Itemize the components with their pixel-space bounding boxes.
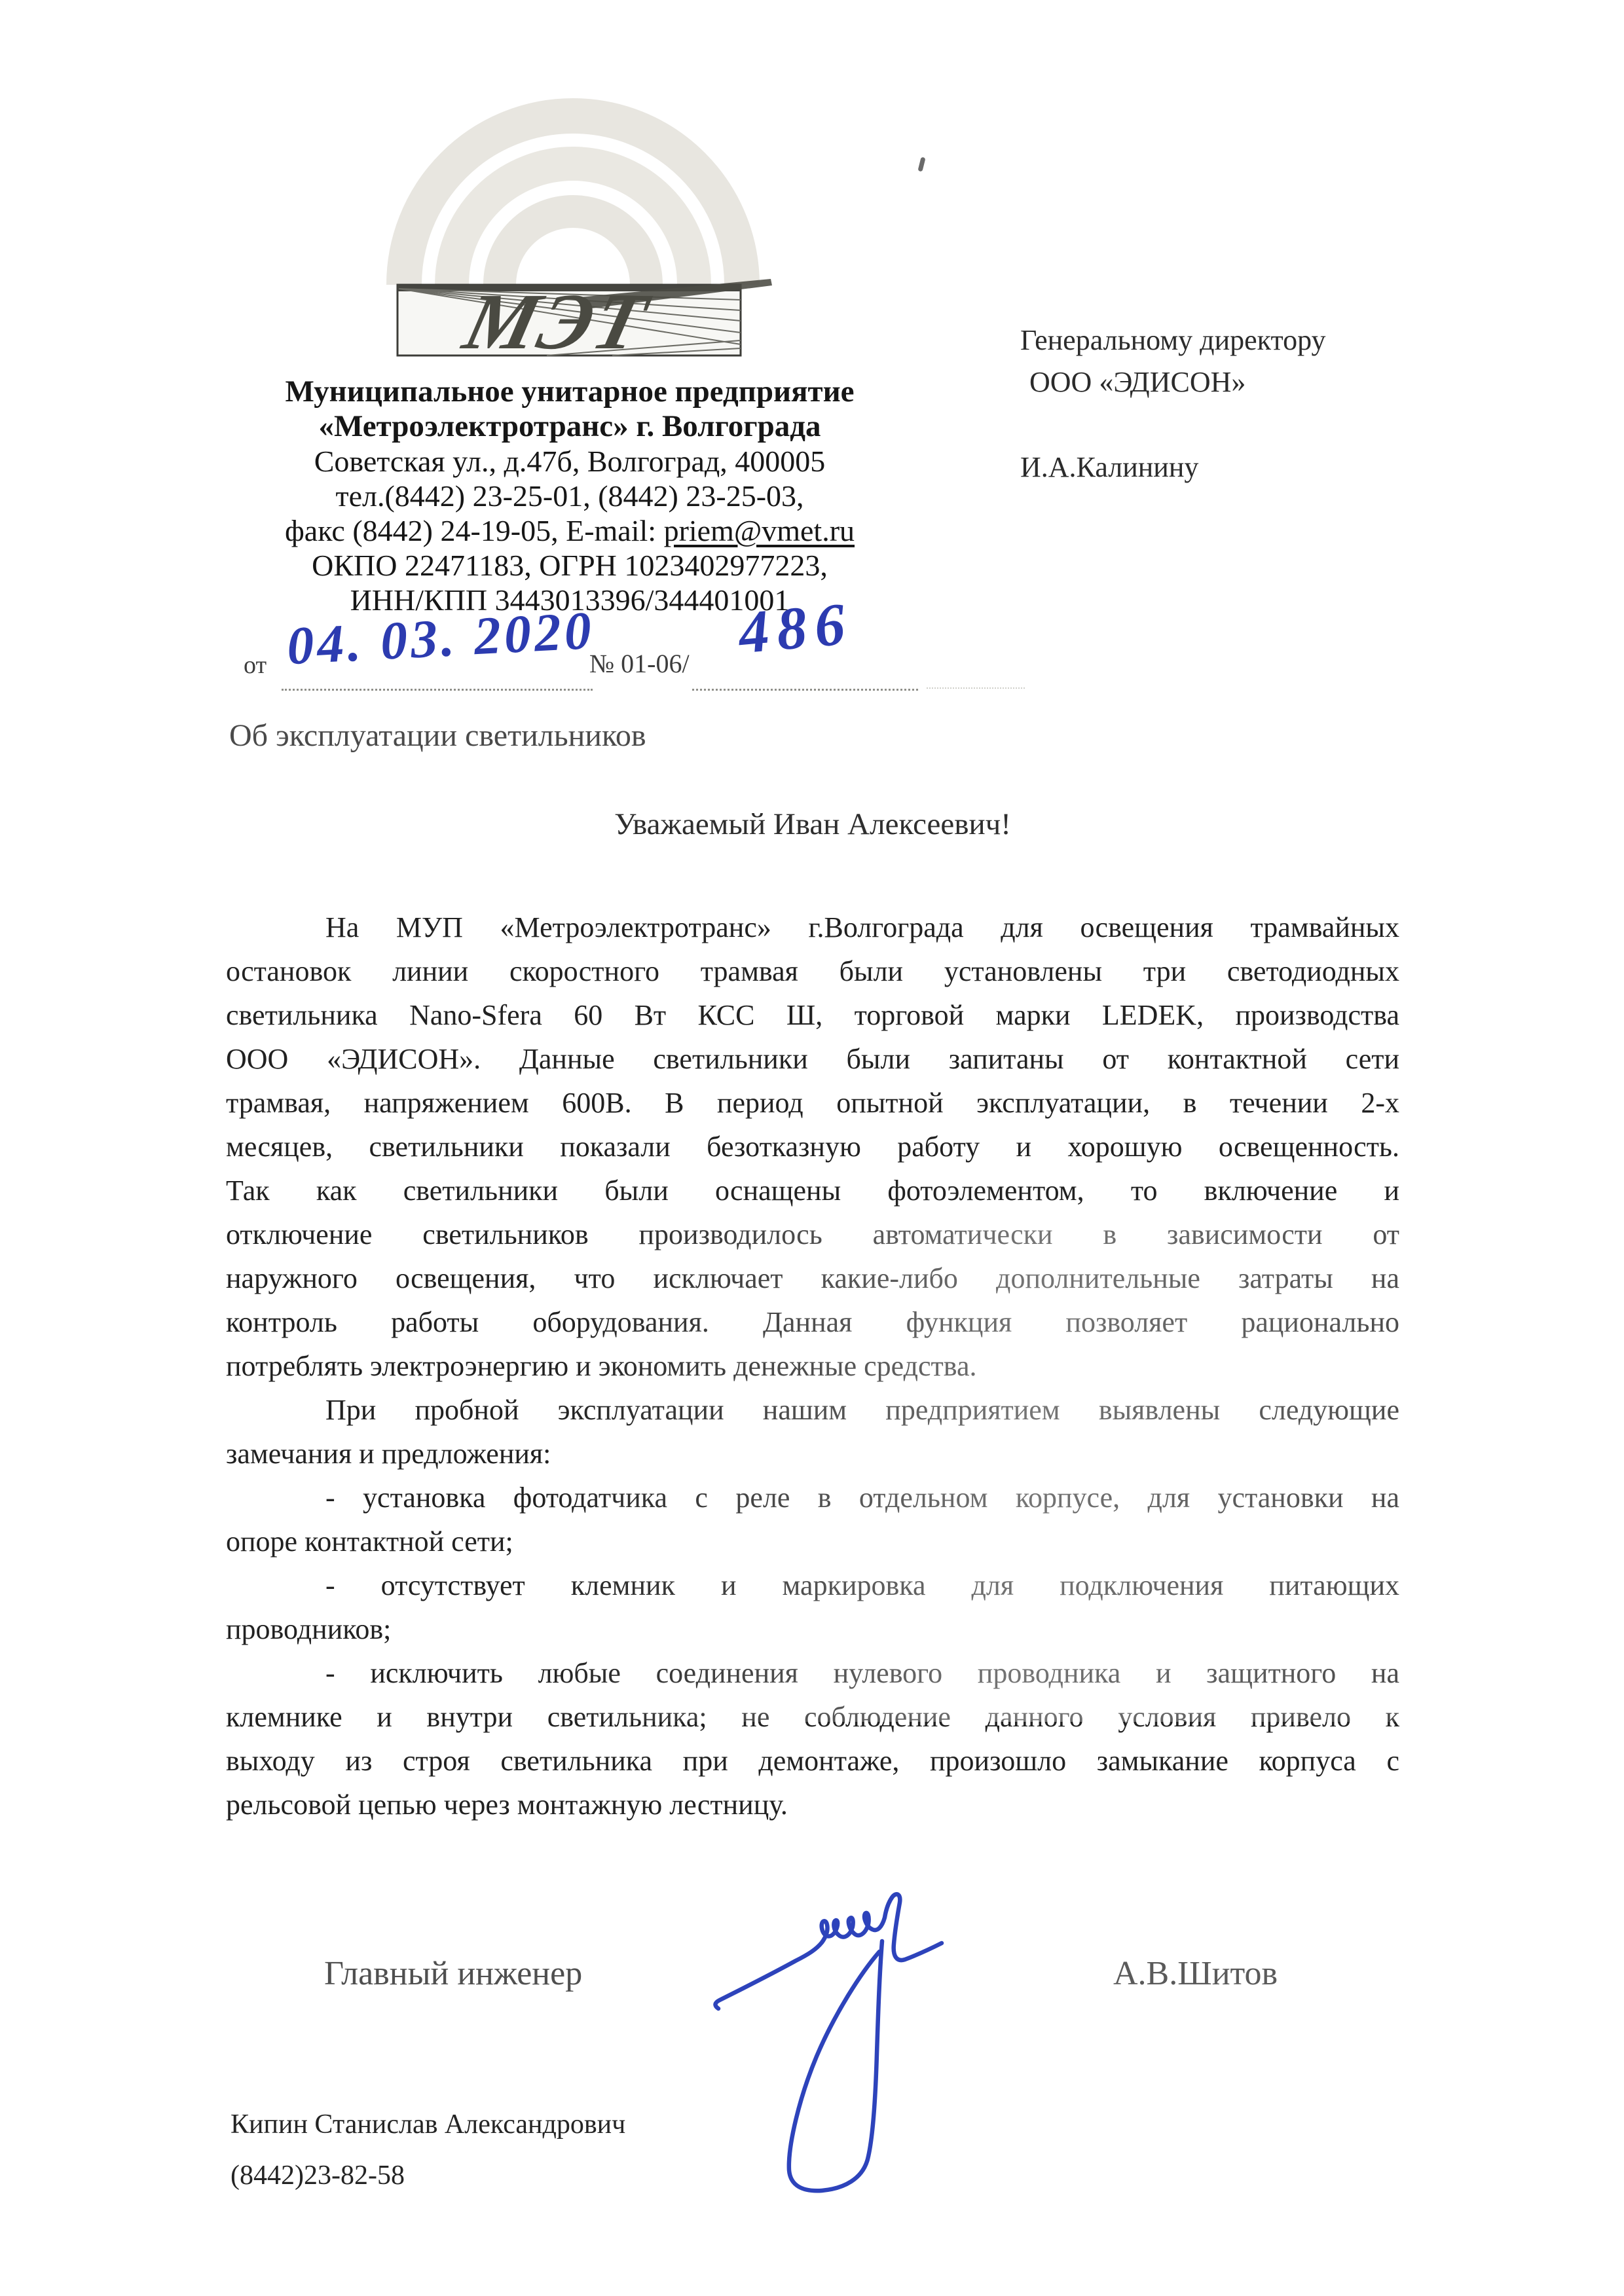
logo-letters: МЭТ bbox=[454, 278, 657, 366]
letterhead-fax: факс (8442) 24-19-05, E-mail: bbox=[285, 514, 664, 547]
body-line: опоре контактной сети; bbox=[226, 1520, 1399, 1563]
body-line: При пробной эксплуатации нашим предприят… bbox=[226, 1388, 1399, 1432]
signature-graphic bbox=[704, 1889, 946, 2210]
recipient-company: ООО «ЭДИСОН» bbox=[1020, 361, 1326, 403]
paragraph: - исключить любые соединения нулевого пр… bbox=[226, 1651, 1399, 1827]
body-line: месяцев, светильники показали безотказну… bbox=[226, 1125, 1399, 1169]
body-line: замечания и предложения: bbox=[226, 1432, 1399, 1476]
body-line: трамвая, напряжением 600В. В период опыт… bbox=[226, 1081, 1399, 1125]
signer-position: Главный инженер bbox=[324, 1954, 582, 1994]
body-line: рельсовой цепью через монтажную лестницу… bbox=[226, 1783, 1399, 1827]
body-line: выходу из строя светильника при демонтаж… bbox=[226, 1739, 1399, 1783]
body-line: На МУП «Метроэлектротранс» г.Волгограда … bbox=[226, 905, 1399, 949]
executor-block: Кипин Станислав Александрович (8442)23-8… bbox=[231, 2099, 625, 2201]
body-line: - установка фотодатчика с реле в отдельн… bbox=[226, 1476, 1399, 1520]
letterhead-org-line1: Муниципальное унитарное предприятие bbox=[190, 374, 950, 409]
handwritten-date: 04. 03. 2020 bbox=[286, 600, 596, 677]
recipient-person: И.А.Калинину bbox=[1020, 446, 1326, 488]
letterhead-registry: ОКПО 22471183, ОГРН 1023402977223, bbox=[190, 548, 950, 583]
signer-name: А.В.Шитов bbox=[1113, 1954, 1278, 1994]
number-underline bbox=[692, 689, 918, 691]
signature-stroke-loop bbox=[789, 1941, 882, 2191]
body-line: клемнике и внутри светильника; не соблюд… bbox=[226, 1695, 1399, 1739]
handwritten-number: 486 bbox=[736, 589, 856, 668]
salutation: Уважаемый Иван Алексеевич! bbox=[226, 807, 1399, 842]
paragraph: На МУП «Метроэлектротранс» г.Волгограда … bbox=[226, 905, 1399, 1388]
signature-stroke-top bbox=[715, 1894, 942, 2009]
body-line: Так как светильники были оснащены фотоэл… bbox=[226, 1169, 1399, 1212]
number-label: № 01-06/ bbox=[589, 648, 690, 679]
recipient-block: Генеральному директору ООО «ЭДИСОН» И.А.… bbox=[1020, 319, 1326, 488]
body-line: наружного освещения, что исключает какие… bbox=[226, 1256, 1399, 1300]
letterhead-address: Советская ул., д.47б, Волгоград, 400005 bbox=[190, 444, 950, 479]
body-line: светильника Nano-Sfera 60 Вт КСС Ш, торг… bbox=[226, 993, 1399, 1037]
scan-artifact bbox=[917, 156, 925, 172]
recipient-title: Генеральному директору bbox=[1020, 319, 1326, 361]
body-line: контроль работы оборудования. Данная фун… bbox=[226, 1300, 1399, 1344]
body-line: ООО «ЭДИСОН». Данные светильники были за… bbox=[226, 1037, 1399, 1081]
letterhead: Муниципальное унитарное предприятие «Мет… bbox=[190, 374, 950, 617]
body-line: - исключить любые соединения нулевого пр… bbox=[226, 1651, 1399, 1695]
logo-arc-inner bbox=[500, 211, 646, 285]
reference-line: от 04. 03. 2020 № 01-06/ 486 bbox=[244, 602, 1226, 707]
letterhead-phones: тел.(8442) 23-25-01, (8442) 23-25-03, bbox=[190, 479, 950, 513]
body-line: проводников; bbox=[226, 1607, 1399, 1651]
body-line: - отсутствует клемник и маркировка для п… bbox=[226, 1563, 1399, 1607]
from-label: от bbox=[244, 651, 267, 680]
scanned-letter-page: МЭТ Муниципальное унитарное предприятие … bbox=[0, 0, 1624, 2296]
letterhead-email: priem@vmet.ru bbox=[664, 514, 855, 547]
body-line: потреблять электроэнергию и экономить де… bbox=[226, 1344, 1399, 1388]
body-line: остановок линии скоростного трамвая были… bbox=[226, 949, 1399, 993]
paragraph: - установка фотодатчика с реле в отдельн… bbox=[226, 1476, 1399, 1563]
body-line: отключение светильников производилось ав… bbox=[226, 1212, 1399, 1256]
date-underline bbox=[282, 689, 593, 691]
letterhead-org-line2: «Метроэлектротранс» г. Волгограда bbox=[190, 409, 950, 444]
met-logo-graphic: МЭТ bbox=[383, 84, 776, 367]
executor-phone: (8442)23-82-58 bbox=[231, 2150, 625, 2201]
executor-name: Кипин Станислав Александрович bbox=[231, 2099, 625, 2150]
faint-underline bbox=[927, 687, 1025, 689]
subject-line: Об эксплуатации светильников bbox=[229, 718, 646, 754]
handwritten-signature bbox=[704, 1889, 946, 2210]
paragraph: - отсутствует клемник и маркировка для п… bbox=[226, 1563, 1399, 1651]
body-paragraphs: На МУП «Метроэлектротранс» г.Волгограда … bbox=[226, 905, 1399, 1827]
met-logo: МЭТ bbox=[383, 84, 776, 367]
letterhead-fax-email: факс (8442) 24-19-05, E-mail: priem@vmet… bbox=[190, 513, 950, 548]
paragraph: При пробной эксплуатации нашим предприят… bbox=[226, 1388, 1399, 1476]
